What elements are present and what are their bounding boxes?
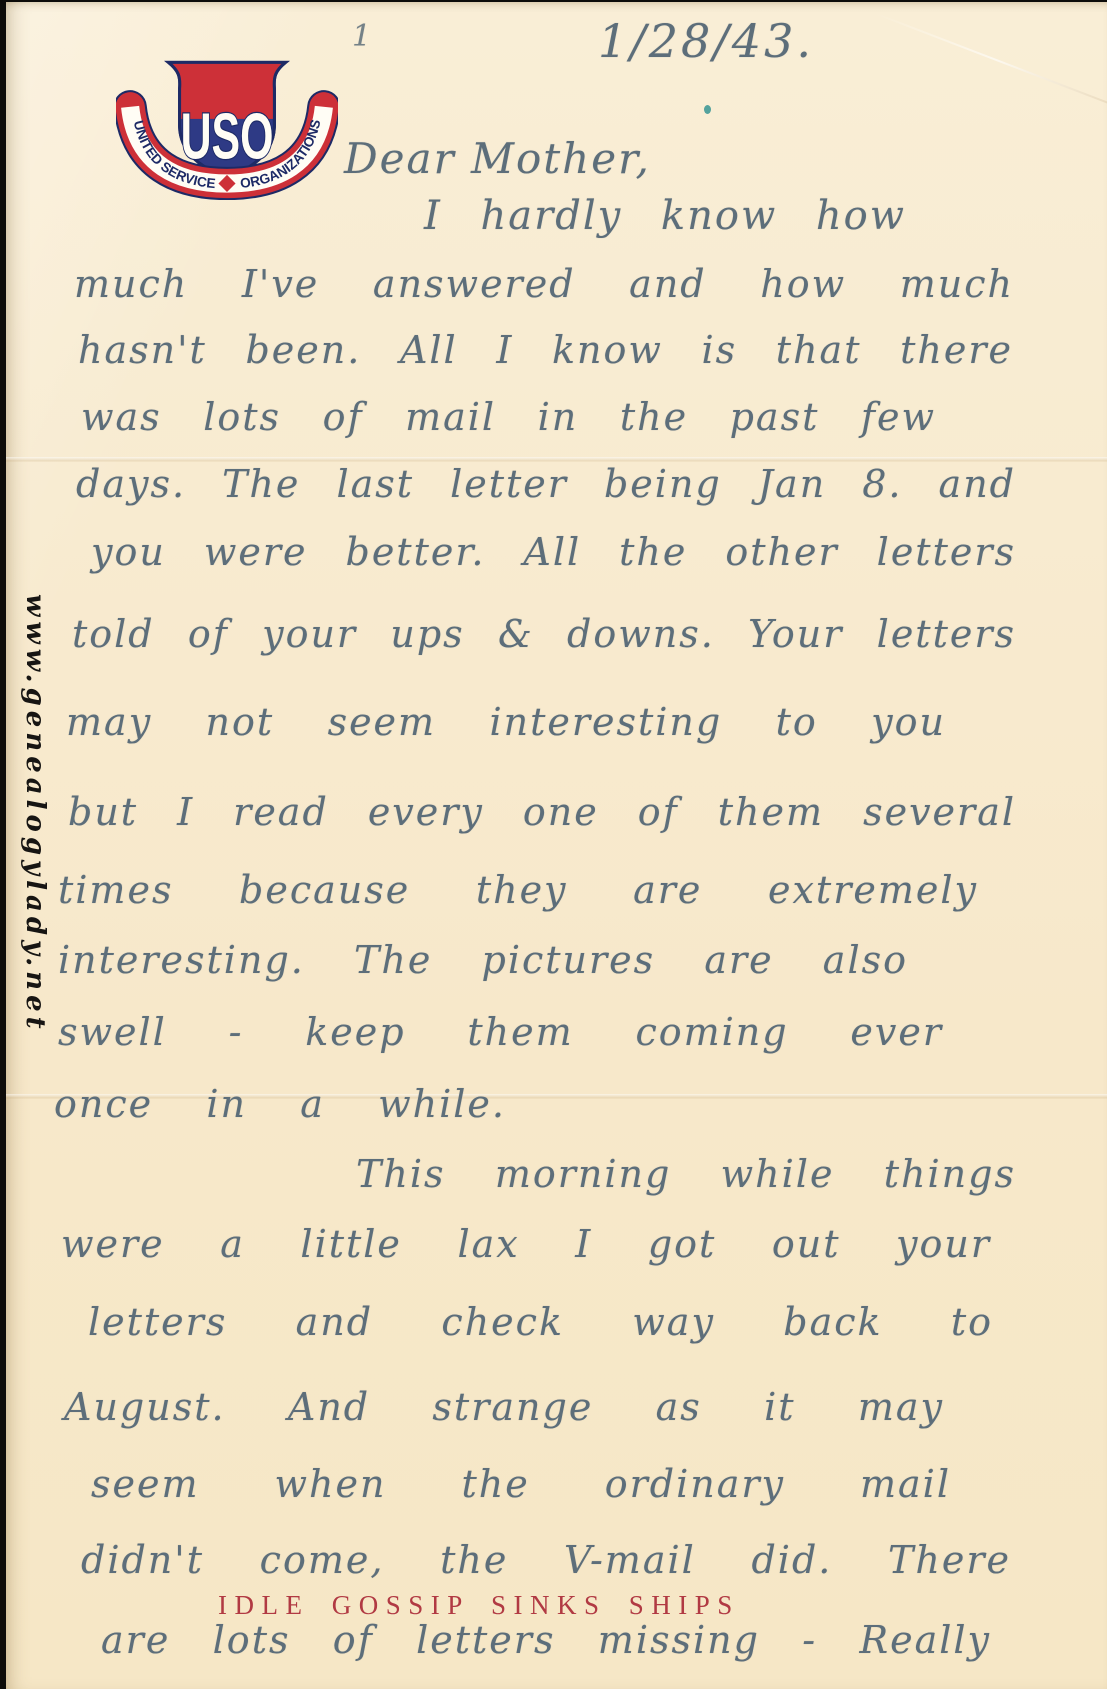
handwriting-line: but I read every one of them several	[68, 792, 1016, 834]
salutation: Dear Mother,	[344, 136, 651, 182]
handwriting-line: are lots of letters missing - Really	[101, 1620, 991, 1662]
handwriting-line: once in a while.	[54, 1084, 506, 1126]
uso-logo: UNITED SERVICE ORGANIZATIONS USO	[116, 58, 338, 200]
handwriting-line: This morning while things	[356, 1154, 1016, 1196]
handwriting-line: were a little lax I got out your	[61, 1224, 991, 1266]
handwriting-line: August. And strange as it may	[64, 1387, 944, 1429]
corner-crease	[874, 12, 1107, 109]
handwriting-line: swell - keep them coming ever	[58, 1012, 943, 1054]
ink-speck	[704, 105, 711, 114]
handwriting-line: hasn't been. All I know is that there	[78, 330, 1013, 372]
handwriting-line: interesting. The pictures are also	[58, 940, 908, 982]
handwriting-line: was lots of mail in the past few	[81, 397, 936, 439]
handwriting-line: I hardly know how	[424, 194, 906, 238]
page-number-mark: 1	[352, 20, 373, 53]
handwriting-line: didn't come, the V-mail did. There	[81, 1540, 1011, 1582]
handwriting-line: much I've answered and how much	[74, 264, 1014, 306]
handwriting-line: you were better. All the other letters	[91, 532, 1016, 574]
handwriting-line: told of your ups & downs. Your letters	[72, 614, 1016, 656]
handwriting-line: seem when the ordinary mail	[91, 1464, 951, 1506]
letter-page: UNITED SERVICE ORGANIZATIONS USO www.gen…	[6, 2, 1107, 1689]
handwriting-line: letters and check way back to	[88, 1302, 993, 1344]
uso-acronym: USO	[181, 100, 274, 172]
letter-date: 1/28/43.	[598, 16, 814, 67]
handwriting-line: times because they are extremely	[58, 870, 978, 912]
handwriting-line: may not seem interesting to you	[66, 702, 946, 744]
watermark: www.genealogylady.net	[20, 594, 50, 1034]
slogan: IDLE GOSSIP SINKS SHIPS	[218, 1590, 740, 1621]
handwriting-line: days. The last letter being Jan 8. and	[76, 464, 1016, 506]
